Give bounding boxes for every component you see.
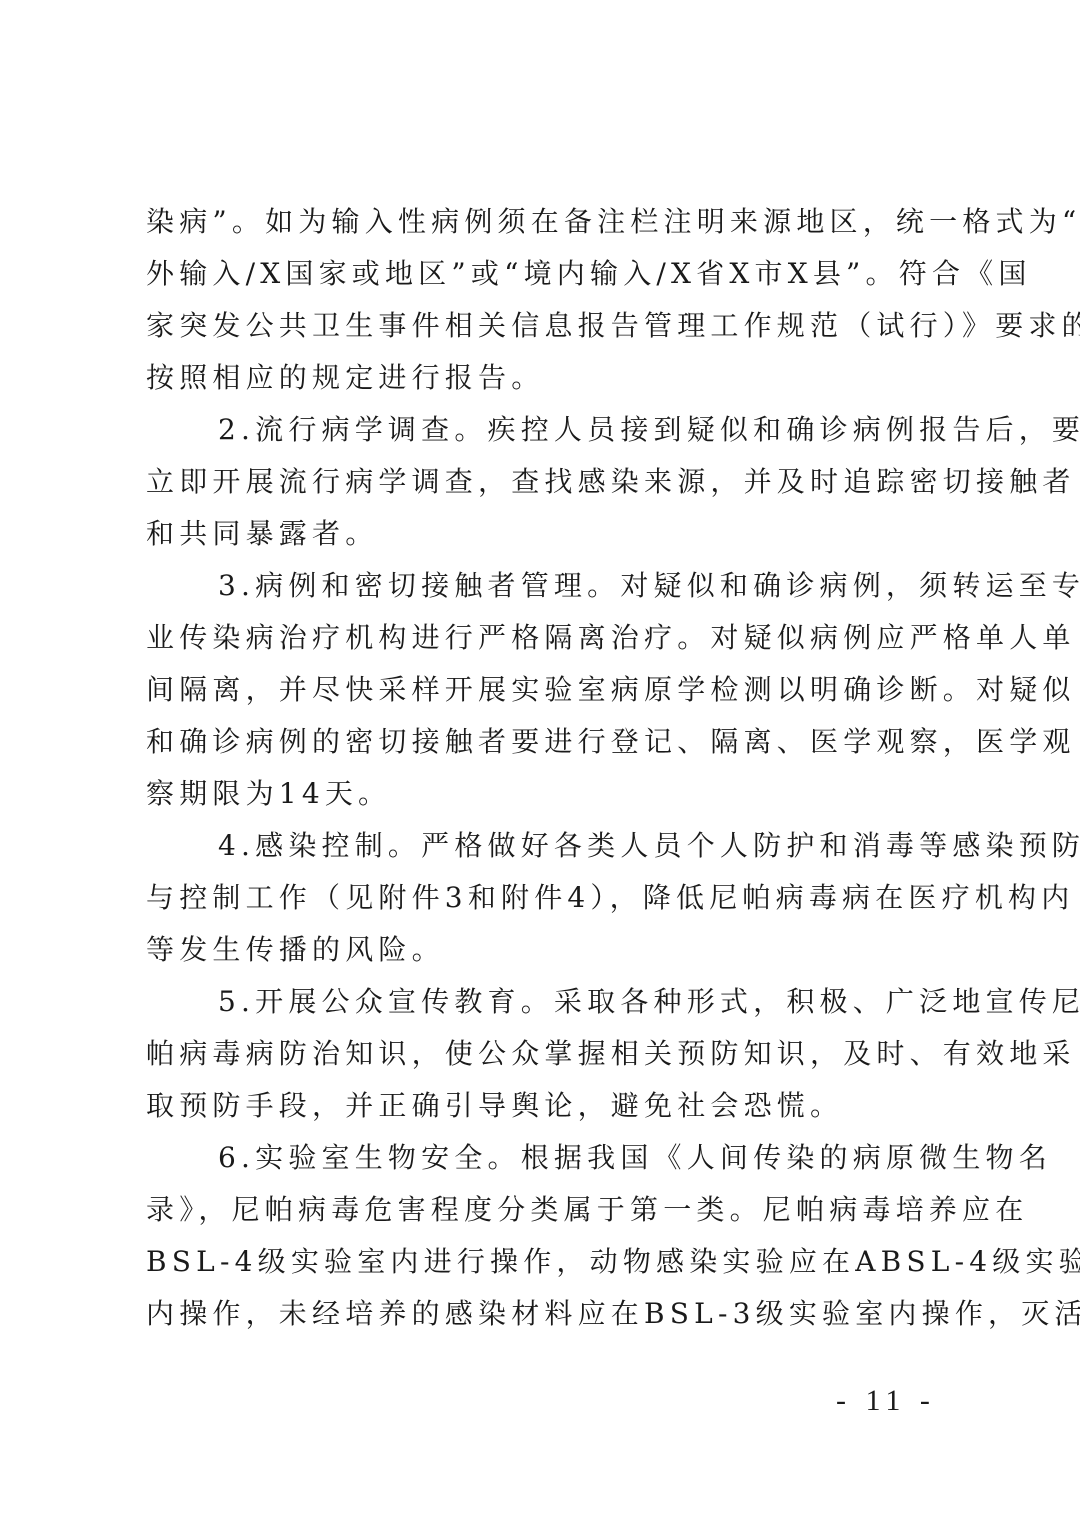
text-line: 染病”。如为输入性病例须在备注栏注明来源地区，统一格式为“境: [146, 196, 946, 248]
paragraph-case-and-contact-management: 3.病例和密切接触者管理。对疑似和确诊病例，须转运至专 业传染病治疗机构进行严格…: [146, 560, 946, 820]
text-line: 和确诊病例的密切接触者要进行登记、隔离、医学观察，医学观: [146, 716, 946, 768]
text-line: 2.流行病学调查。疾控人员接到疑似和确诊病例报告后，要: [146, 404, 946, 456]
text-line: 和共同暴露者。: [146, 508, 946, 560]
document-page: 染病”。如为输入性病例须在备注栏注明来源地区，统一格式为“境 外输入/X国家或地…: [146, 196, 946, 1340]
text-line: 3.病例和密切接触者管理。对疑似和确诊病例，须转运至专: [146, 560, 946, 612]
paragraph-infection-control: 4.感染控制。严格做好各类人员个人防护和消毒等感染预防 与控制工作（见附件3和附…: [146, 820, 946, 976]
paragraph-epidemiological-investigation: 2.流行病学调查。疾控人员接到疑似和确诊病例报告后，要 立即开展流行病学调查，查…: [146, 404, 946, 560]
page-number: - 11 -: [836, 1384, 936, 1418]
text-line: 外输入/X国家或地区”或“境内输入/X省X市X县”。符合《国: [146, 248, 946, 300]
text-line: 业传染病治疗机构进行严格隔离治疗。对疑似病例应严格单人单: [146, 612, 946, 664]
text-line: 录》，尼帕病毒危害程度分类属于第一类。尼帕病毒培养应在: [146, 1184, 946, 1236]
text-line: 5.开展公众宣传教育。采取各种形式，积极、广泛地宣传尼: [146, 976, 946, 1028]
text-line: 立即开展流行病学调查，查找感染来源，并及时追踪密切接触者: [146, 456, 946, 508]
text-line: 等发生传播的风险。: [146, 924, 946, 976]
text-line: 6.实验室生物安全。根据我国《人间传染的病原微生物名: [146, 1132, 946, 1184]
paragraph-laboratory-biosafety: 6.实验室生物安全。根据我国《人间传染的病原微生物名 录》，尼帕病毒危害程度分类…: [146, 1132, 946, 1340]
text-line: 察期限为14天。: [146, 768, 946, 820]
paragraph-public-education: 5.开展公众宣传教育。采取各种形式，积极、广泛地宣传尼 帕病毒病防治知识，使公众…: [146, 976, 946, 1132]
text-line: 按照相应的规定进行报告。: [146, 352, 946, 404]
text-line: BSL-4级实验室内进行操作，动物感染实验应在ABSL-4级实验室: [146, 1236, 946, 1288]
text-line: 取预防手段，并正确引导舆论，避免社会恐慌。: [146, 1080, 946, 1132]
text-line: 4.感染控制。严格做好各类人员个人防护和消毒等感染预防: [146, 820, 946, 872]
text-line: 与控制工作（见附件3和附件4），降低尼帕病毒病在医疗机构内: [146, 872, 946, 924]
text-line: 家突发公共卫生事件相关信息报告管理工作规范（试行）》要求的，: [146, 300, 946, 352]
text-line: 内操作，未经培养的感染材料应在BSL-3级实验室内操作，灭活: [146, 1288, 946, 1340]
paragraph-reporting-continued: 染病”。如为输入性病例须在备注栏注明来源地区，统一格式为“境 外输入/X国家或地…: [146, 196, 946, 404]
text-line: 帕病毒病防治知识，使公众掌握相关预防知识，及时、有效地采: [146, 1028, 946, 1080]
text-line: 间隔离，并尽快采样开展实验室病原学检测以明确诊断。对疑似: [146, 664, 946, 716]
